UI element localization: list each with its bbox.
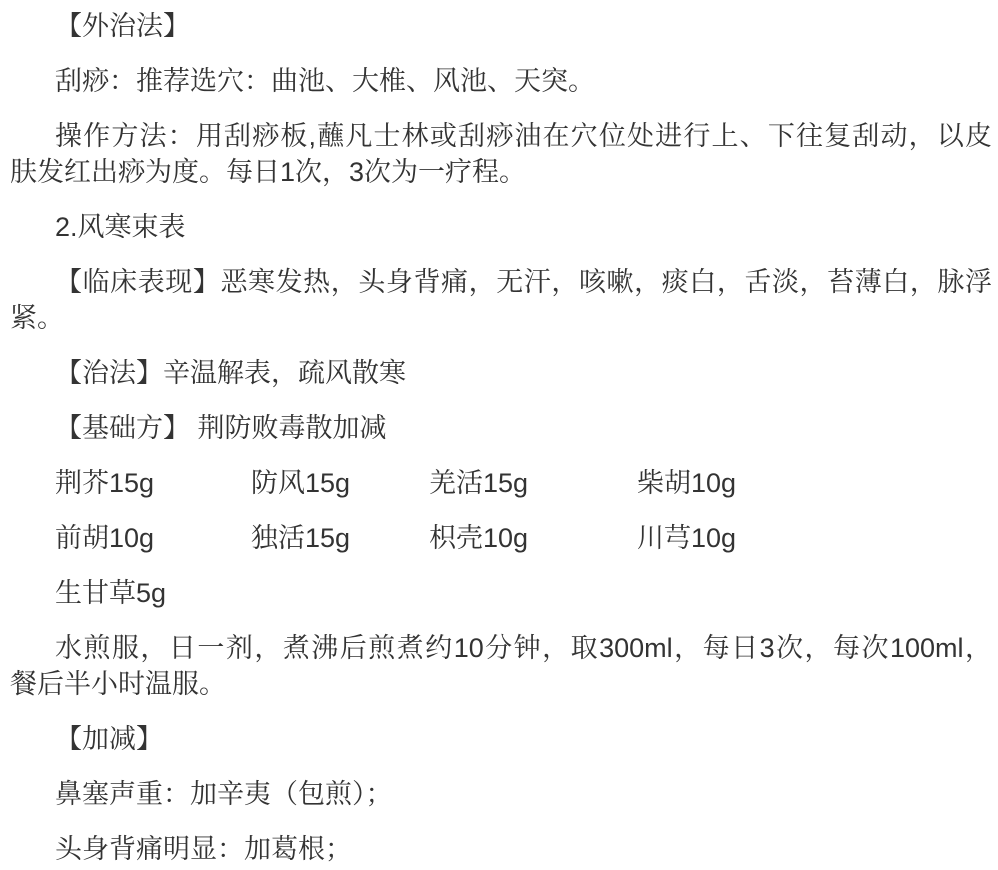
paragraph-treatment-method: 【治法】辛温解表，疏风散寒	[10, 355, 992, 391]
heading-section-2: 2.风寒束表	[10, 209, 992, 245]
herb-row-1: 荆芥15g防风15g羌活15g柴胡10g	[10, 465, 992, 501]
herb-item: 独活15g	[251, 520, 429, 556]
paragraph-clinical-manifestations: 【临床表现】恶寒发热，头身背痛，无汗，咳嗽，痰白，舌淡，苔薄白，脉浮 紧。	[10, 264, 992, 336]
herb-item: 羌活15g	[429, 465, 637, 501]
guasha-points-text: 刮痧：推荐选穴：曲池、大椎、风池、天突。	[10, 63, 992, 99]
herb-row-2: 前胡10g独活15g枳壳10g川芎10g	[10, 520, 992, 556]
decoction-instructions-line-1: 水煎服，日一剂，煮沸后煎煮约10分钟，取300ml，每日3次，每次100ml，	[10, 630, 992, 666]
herb-item: 川芎10g	[637, 520, 736, 556]
herb-item: 枳壳10g	[429, 520, 637, 556]
document-page: 【外治法】 刮痧：推荐选穴：曲池、大椎、风池、天突。 操作方法：用刮痧板,蘸凡士…	[0, 0, 998, 870]
heading-external-treatment: 【外治法】	[10, 8, 992, 44]
herb-item: 防风15g	[251, 465, 429, 501]
paragraph-nasal-congestion: 鼻塞声重：加辛夷（包煎）；	[10, 776, 992, 812]
decoction-instructions-line-2: 餐后半小时温服。	[10, 666, 992, 702]
nasal-congestion-text: 鼻塞声重：加辛夷（包煎）；	[10, 776, 992, 812]
section-modifications: 【加减】	[10, 721, 992, 757]
herb-item: 柴胡10g	[637, 465, 736, 501]
paragraph-guasha-points: 刮痧：推荐选穴：曲池、大椎、风池、天突。	[10, 63, 992, 99]
herb-item: 前胡10g	[55, 520, 251, 556]
clinical-manifestations-line-2: 紧。	[10, 300, 992, 336]
licorice-text: 生甘草5g	[10, 575, 992, 611]
body-pain-text: 头身背痛明显：加葛根；	[10, 831, 992, 867]
heading-modifications: 【加减】	[10, 721, 992, 757]
base-formula-text: 【基础方】 荆防败毒散加减	[10, 410, 992, 446]
clinical-manifestations-line-1: 【临床表现】恶寒发热，头身背痛，无汗，咳嗽，痰白，舌淡，苔薄白，脉浮	[10, 264, 992, 300]
operation-method-line-1: 操作方法：用刮痧板,蘸凡士林或刮痧油在穴位处进行上、下往复刮动，以皮	[10, 118, 992, 154]
herb-row-1-line: 荆芥15g防风15g羌活15g柴胡10g	[10, 465, 992, 501]
paragraph-licorice: 生甘草5g	[10, 575, 992, 611]
treatment-method-text: 【治法】辛温解表，疏风散寒	[10, 355, 992, 391]
operation-method-line-2: 肤发红出痧为度。每日1次，3次为一疗程。	[10, 154, 992, 190]
paragraph-operation-method: 操作方法：用刮痧板,蘸凡士林或刮痧油在穴位处进行上、下往复刮动，以皮 肤发红出痧…	[10, 118, 992, 190]
section-wind-cold: 2.风寒束表	[10, 209, 992, 245]
paragraph-base-formula: 【基础方】 荆防败毒散加减	[10, 410, 992, 446]
herb-row-2-line: 前胡10g独活15g枳壳10g川芎10g	[10, 520, 992, 556]
paragraph-body-pain: 头身背痛明显：加葛根；	[10, 831, 992, 867]
section-external-treatment: 【外治法】	[10, 8, 992, 44]
herb-item: 荆芥15g	[55, 465, 251, 501]
paragraph-decoction-instructions: 水煎服，日一剂，煮沸后煎煮约10分钟，取300ml，每日3次，每次100ml， …	[10, 630, 992, 702]
